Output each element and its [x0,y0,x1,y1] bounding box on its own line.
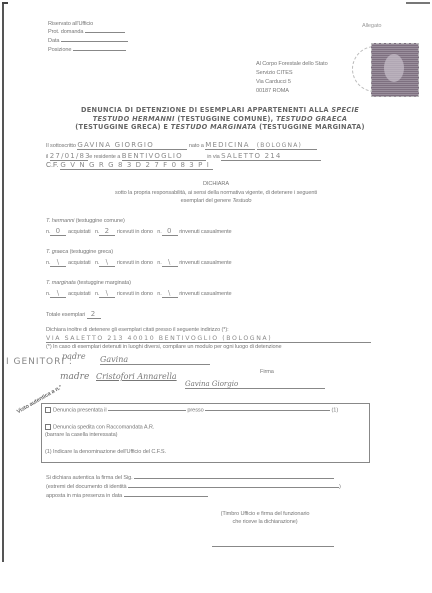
gift-count[interactable]: 2 [99,227,115,236]
field-label: Il sottoscritto [46,143,76,149]
signature-label: Firma [260,369,274,375]
species-name: T. hermanni [46,218,74,224]
office-field-position: Posizione [48,47,126,53]
title-text: (TESTUGGINE GRECA) E [75,123,171,131]
declarant-row-1: Il sottoscritto GAVINA GIORGIO nato a ME… [46,141,317,150]
date-input[interactable] [61,41,128,42]
declaration-text: esemplari del genere [181,198,233,204]
street-field[interactable]: SALETTO 214 [221,152,321,161]
mother-signature[interactable]: Cristofori Annarella [96,372,177,381]
title-text: (TESTUGGINE MARGINATA) [257,123,365,131]
title-text: TESTUDO GRAECA [276,115,347,123]
field-label: rinvenuti casualmente [179,260,231,266]
residence-field[interactable]: BENTIVOGLIO [122,152,206,161]
gift-count[interactable]: \ [99,258,115,267]
field-label: C.F. [46,162,58,169]
field-label: Denuncia presentata il [53,407,106,413]
tax-code-field[interactable]: GVNGRG83D27F083PI [60,161,213,170]
document-page: Riservato all'Ufficio Prot. domanda Data… [0,0,432,593]
caption-line: (Timbro Ufficio e firma del funzionario [200,510,330,518]
title-text: DENUNCIA DI DETENZIONE DI ESEMPLARI APPA… [81,106,331,114]
official-signature-line[interactable] [212,546,334,547]
title-text: SPECIE [331,106,359,114]
father-label: padre [62,352,86,361]
field-label: rinvenuti casualmente [179,229,231,235]
declaration-heading: DICHIARA [0,181,432,187]
addressee-line: Al Corpo Forestale dello Stato [256,60,328,69]
office-field-protocol: Prot. domanda [48,29,125,35]
mailed-checkbox[interactable] [45,424,51,430]
auth-row-1: Si dichiara autentica la firma del Sig. [46,475,334,481]
declaration-text: sotto la propria responsabilità, ai sens… [0,190,432,196]
office-box: Denuncia presentata il presso (1) Denunc… [41,403,370,463]
scan-edge [2,2,4,562]
title-text: TESTUDO MARGINATA [171,123,257,131]
office-use-heading: Riservato all'Ufficio [48,21,93,27]
species-graeca: T. graeca (testuggine greca) n.\ acquist… [46,249,232,267]
office-field-date: Data [48,38,128,44]
field-label: Posizione [48,47,71,53]
total-row: Totale esemplari 2 [46,310,101,319]
presented-date-input[interactable] [108,410,186,411]
position-input[interactable] [73,50,126,51]
field-label: ricevuti in dono [117,229,153,235]
field-label: acquistati [68,229,91,235]
title-text: (TESTUGGINE COMUNE), [175,115,276,123]
revenue-stamp [371,43,419,97]
gift-count[interactable]: \ [99,289,115,298]
purchased-count[interactable]: \ [50,258,66,267]
presented-office-input[interactable] [205,410,330,411]
scan-edge [406,2,430,4]
addressee-line: 00187 ROMA [256,87,328,96]
auth-name-input[interactable] [134,478,334,479]
field-label: Data [48,38,59,44]
found-count[interactable]: \ [162,258,178,267]
auth-row-3: apposta in mia presenza in data [46,493,208,499]
species-common-name: (testuggine greca) [68,249,113,255]
species-marginata: T. marginata (testuggine marginata) n.\ … [46,280,232,298]
mailed-row: Denuncia spedita con Raccomandata A.R. [45,424,154,430]
purchased-count[interactable]: \ [50,289,66,298]
presented-row: Denuncia presentata il presso (1) [45,407,338,413]
species-common-name: (testuggine marginata) [76,280,131,286]
total-label: Totale esemplari [46,312,85,318]
declarant-signature[interactable]: Gavina Giorgio [185,380,325,389]
auth-id-input[interactable] [128,487,339,488]
province-field[interactable]: (BOLOGNA) [257,142,317,150]
species-common-name: (testuggine comune) [74,218,125,224]
stamp-portrait [384,54,404,82]
father-signature[interactable]: Gavina [100,355,210,365]
auth-date-input[interactable] [124,496,208,497]
declarant-row-2: il 27/01/83 e residente a BENTIVOGLIO in… [46,152,321,161]
birthplace-field[interactable]: MEDICINA [205,141,255,150]
address-declaration-text: Dichiara inoltre di detenere gli esempla… [46,327,229,333]
declaration-text: esemplari del genere Testudo [0,198,432,204]
field-label: rinvenuti casualmente [179,291,231,297]
field-label: nato a [189,143,204,149]
field-label: Prot. domanda [48,29,83,35]
field-label: ) [339,484,341,490]
attachment-label: Allegato [362,23,381,29]
species-name: T. graeca [46,249,68,255]
addressee-line: Via Carducci 5 [256,78,328,87]
birthdate-field[interactable]: 27/01/83 [50,152,88,161]
field-label: acquistati [68,291,91,297]
caption-line: che riceve la dichiarazione) [200,518,330,526]
total-count[interactable]: 2 [87,310,101,319]
document-title: DENUNCIA DI DETENZIONE DI ESEMPLARI APPA… [40,106,400,132]
field-label: Denuncia spedita con Raccomandata A.R. [53,424,154,430]
name-field[interactable]: GAVINA GIORGIO [77,141,187,150]
species-hermanni: T. hermanni (testuggine comune) n.0 acqu… [46,218,232,236]
auth-row-2: (estremi del documento di identità ) [46,484,341,490]
species-name: T. marginata [46,280,76,286]
field-label: in via [207,154,219,160]
address-note: (*) In caso di esemplari detenuti in luo… [46,344,282,350]
found-count[interactable]: \ [162,289,178,298]
mother-label: madre [60,372,89,382]
addressee-block: Al Corpo Forestale dello Stato Servizio … [256,60,328,96]
declarant-row-3: C.F. GVNGRG83D27F083PI [46,161,213,169]
address-field[interactable]: VIA SALETTO 213 40010 BENTIVOGLIO (BOLOG… [46,335,371,343]
field-label: Si dichiara autentica la firma del Sig. [46,475,133,481]
field-label: ricevuti in dono [117,260,153,266]
addressee-line: Servizio CITES [256,69,328,78]
checkbox-hint: (barrare la casella interessata) [45,432,117,438]
presented-checkbox[interactable] [45,407,51,413]
footnote-ref: (1) [332,407,339,413]
field-label: (estremi del documento di identità [46,484,127,490]
genus-name: Testudo [232,198,251,204]
field-label: ricevuti in dono [117,291,153,297]
field-label: presso [187,407,203,413]
scan-edge [2,2,8,4]
found-count[interactable]: 0 [162,227,178,236]
field-label: il [46,154,48,160]
purchased-count[interactable]: 0 [50,227,66,236]
title-text: TESTUDO HERMANNI [93,115,175,123]
field-label: apposta in mia presenza in data [46,493,122,499]
field-label: e residente a [89,154,120,160]
office-footnote: (1) Indicare la denominazione dell'Uffic… [45,449,166,455]
protocol-input[interactable] [85,32,125,33]
field-label: acquistati [68,260,91,266]
official-stamp-caption: (Timbro Ufficio e firma del funzionario … [200,510,330,526]
